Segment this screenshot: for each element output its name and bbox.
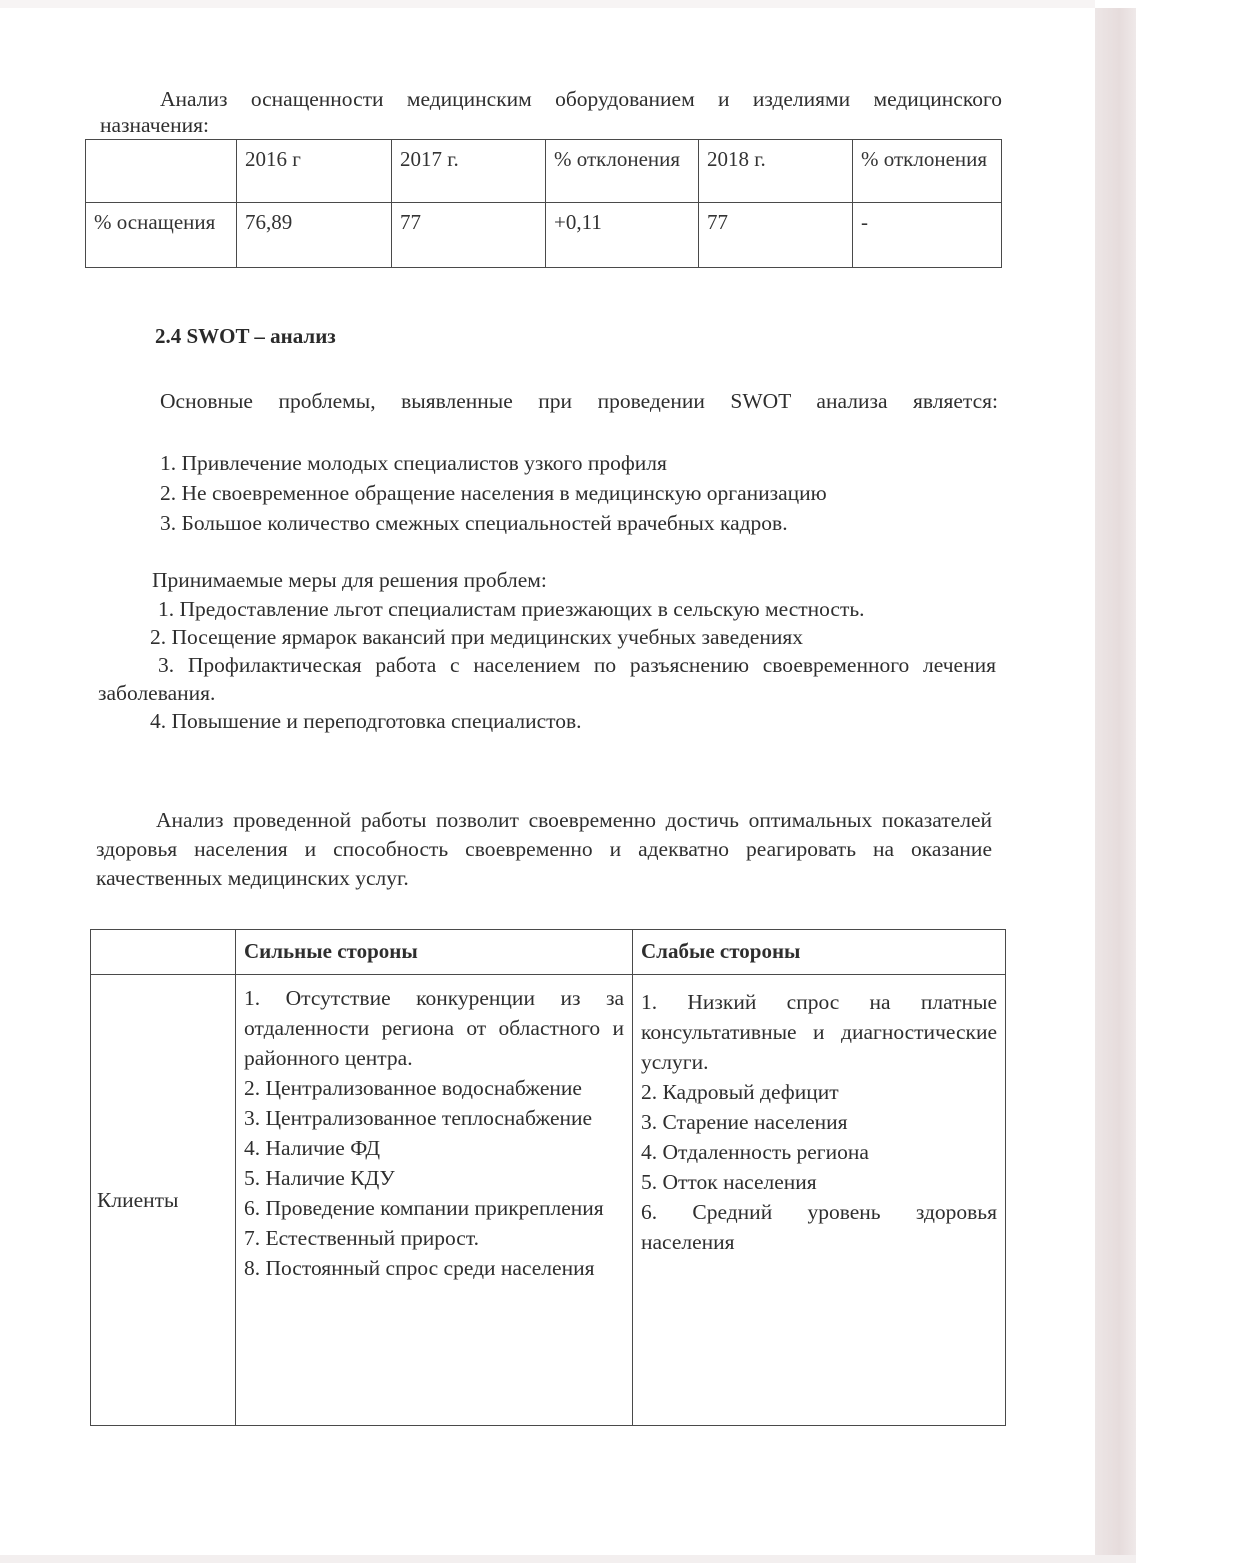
weaknesses-cell: 1. Низкий спрос на платные консультативн…: [633, 975, 1006, 1426]
list-item: 8. Постоянный спрос среди населения: [244, 1253, 624, 1283]
scan-border-top: [0, 0, 1095, 8]
header-cell: [91, 930, 236, 975]
list-item: 1. Отсутствие конкуренции из за отдаленн…: [244, 983, 624, 1073]
list-item: 2. Посещение ярмарок вакансий при медици…: [98, 623, 996, 651]
list-item: 3. Большое количество смежных специально…: [100, 508, 1000, 538]
list-item: 7. Естественный прирост.: [244, 1223, 624, 1253]
row-label-cell: Клиенты: [91, 975, 236, 1426]
conclusion-paragraph: Анализ проведенной работы позволит своев…: [96, 806, 992, 893]
header-cell: % отклонения: [546, 140, 699, 203]
list-item: 3. Профилактическая работа с населением …: [98, 651, 996, 707]
strengths-cell: 1. Отсутствие конкуренции из за отдаленн…: [236, 975, 633, 1426]
list-item: 2. Не своевременное обращение населения …: [100, 478, 1000, 508]
scan-border-right: [1095, 8, 1136, 1563]
list-item: 4. Отдаленность региона: [641, 1137, 997, 1167]
list-item: 3. Старение населения: [641, 1107, 997, 1137]
problems-intro: Основные проблемы, выявленные при провед…: [100, 388, 998, 414]
equipment-intro: Анализ оснащенности медицинским оборудов…: [100, 86, 1002, 138]
list-item: 1. Привлечение молодых специалистов узко…: [100, 448, 1000, 478]
equipment-table: 2016 г 2017 г. % отклонения 2018 г. % от…: [85, 139, 1002, 268]
weaknesses-header: Слабые стороны: [633, 930, 1006, 975]
table-row: % оснащения 76,89 77 +0,11 77 -: [86, 203, 1002, 268]
list-item: 1. Низкий спрос на платные консультативн…: [641, 987, 997, 1077]
list-item: 2. Кадровый дефицит: [641, 1077, 997, 1107]
swot-header-row: Сильные стороны Слабые стороны: [91, 930, 1006, 975]
list-item: 4. Наличие ФД: [244, 1133, 624, 1163]
list-item: 4. Повышение и переподготовка специалист…: [98, 707, 996, 735]
measures-intro: Принимаемые меры для решения проблем:: [152, 565, 547, 595]
table-cell: -: [853, 203, 1002, 268]
measures-list: 1. Предоставление льгот специалистам при…: [98, 595, 996, 735]
list-item: 3. Централизованное теплоснабжение: [244, 1103, 624, 1133]
swot-row: Клиенты 1. Отсутствие конкуренции из за …: [91, 975, 1006, 1426]
strengths-header: Сильные стороны: [236, 930, 633, 975]
list-item: 6. Средний уровень здоровья населения: [641, 1197, 997, 1257]
scan-border-bottom: [0, 1555, 1136, 1563]
list-item: 6. Проведение компании прикрепления: [244, 1193, 624, 1223]
list-item: 2. Централизованное водоснабжение: [244, 1073, 624, 1103]
header-cell: 2018 г.: [699, 140, 853, 203]
strengths-list: 1. Отсутствие конкуренции из за отдаленн…: [244, 983, 624, 1283]
problems-list: 1. Привлечение молодых специалистов узко…: [100, 448, 1000, 538]
header-cell: 2016 г: [237, 140, 392, 203]
table-header-row: 2016 г 2017 г. % отклонения 2018 г. % от…: [86, 140, 1002, 203]
table-cell: 77: [392, 203, 546, 268]
row-label-cell: % оснащения: [86, 203, 237, 268]
list-item: 1. Предоставление льгот специалистам при…: [98, 595, 996, 623]
swot-table: Сильные стороны Слабые стороны Клиенты 1…: [90, 929, 1006, 1426]
weaknesses-list: 1. Низкий спрос на платные консультативн…: [641, 987, 997, 1257]
header-cell: 2017 г.: [392, 140, 546, 203]
header-cell: % отклонения: [853, 140, 1002, 203]
list-item: 5. Отток населения: [641, 1167, 997, 1197]
table-cell: 77: [699, 203, 853, 268]
list-item: 5. Наличие КДУ: [244, 1163, 624, 1193]
table-cell: +0,11: [546, 203, 699, 268]
table-cell: 76,89: [237, 203, 392, 268]
header-cell: [86, 140, 237, 203]
section-heading: 2.4 SWOT – анализ: [155, 324, 336, 349]
